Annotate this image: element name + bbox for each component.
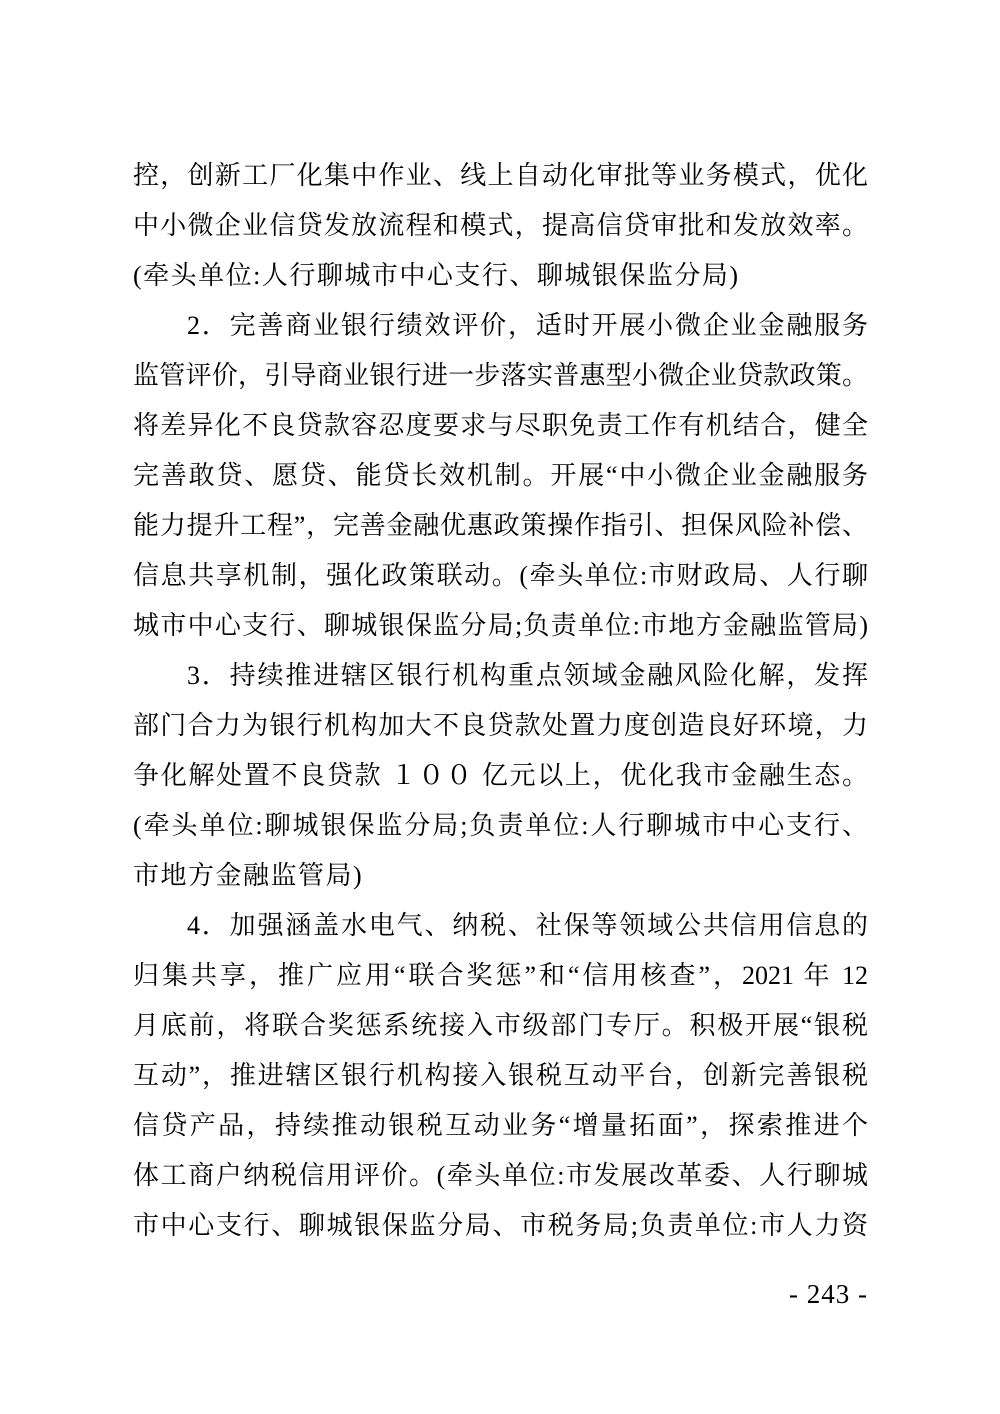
text-line: (牵头单位:人行聊城市中心支行、聊城银保监分局) <box>133 251 868 301</box>
text-line: 控，创新工厂化集中作业、线上自动化审批等业务模式，优化 <box>133 151 868 201</box>
text-line: 部门合力为银行机构加大不良贷款处置力度创造良好环境，力 <box>133 701 868 751</box>
text-line: 城市中心支行、聊城银保监分局;负责单位:市地方金融监管局) <box>133 601 868 651</box>
text-line: (牵头单位:聊城银保监分局;负责单位:人行聊城市中心支行、 <box>133 801 868 851</box>
text-line: 完善敢贷、愿贷、能贷长效机制。开展“中小微企业金融服务 <box>133 451 868 501</box>
text-line: 能力提升工程”，完善金融优惠政策操作指引、担保风险补偿、 <box>133 501 868 551</box>
text-line: 中小微企业信贷发放流程和模式，提高信贷审批和发放效率。 <box>133 201 868 251</box>
document-page: 控，创新工厂化集中作业、线上自动化审批等业务模式，优化 中小微企业信贷发放流程和… <box>0 0 1000 1414</box>
text-line: 信息共享机制，强化政策联动。(牵头单位:市财政局、人行聊 <box>133 551 868 601</box>
text-line: 监管评价，引导商业银行进一步落实普惠型小微企业贷款政策。 <box>133 351 868 401</box>
text-line: 体工商户纳税信用评价。(牵头单位:市发展改革委、人行聊城 <box>133 1151 868 1201</box>
text-line: 归集共享，推广应用“联合奖惩”和“信用核查”，2021 年 12 <box>133 951 868 1001</box>
text-line: 月底前，将联合奖惩系统接入市级部门专厅。积极开展“银税 <box>133 1001 868 1051</box>
text-line-item-3: 3．持续推进辖区银行机构重点领域金融风险化解，发挥 <box>133 651 868 701</box>
text-line: 信贷产品，持续推动银税互动业务“增量拓面”，探索推进个 <box>133 1101 868 1151</box>
text-block: 控，创新工厂化集中作业、线上自动化审批等业务模式，优化 中小微企业信贷发放流程和… <box>133 151 868 1251</box>
text-line: 将差异化不良贷款容忍度要求与尽职免责工作有机结合，健全 <box>133 401 868 451</box>
page-number: - 243 - <box>789 1278 868 1310</box>
text-line: 争化解处置不良贷款 １００ 亿元以上，优化我市金融生态。 <box>133 751 868 801</box>
text-line-item-2: 2．完善商业银行绩效评价，适时开展小微企业金融服务 <box>133 301 868 351</box>
text-line: 市中心支行、聊城银保监分局、市税务局;负责单位:市人力资 <box>133 1201 868 1251</box>
text-line-item-4: 4．加强涵盖水电气、纳税、社保等领域公共信用信息的 <box>133 901 868 951</box>
text-line: 市地方金融监管局) <box>133 851 868 901</box>
text-line: 互动”，推进辖区银行机构接入银税互动平台，创新完善银税 <box>133 1051 868 1101</box>
